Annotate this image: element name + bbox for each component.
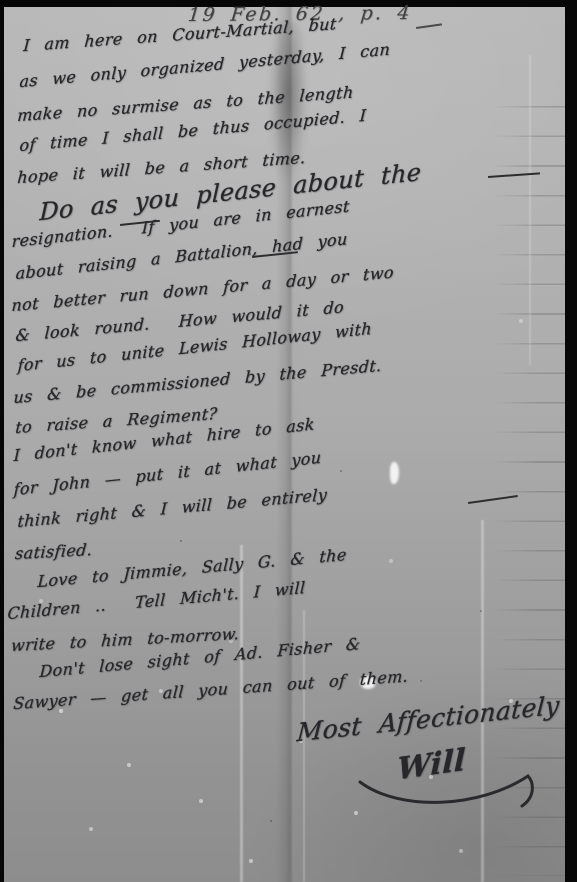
scanned-letter-page: 19 Feb. 62 , p. 4 I am here on Court-Mar… [0,0,577,882]
paper-streak [529,55,531,365]
signature-flourish [352,760,552,830]
paper-specks [0,0,2,2]
